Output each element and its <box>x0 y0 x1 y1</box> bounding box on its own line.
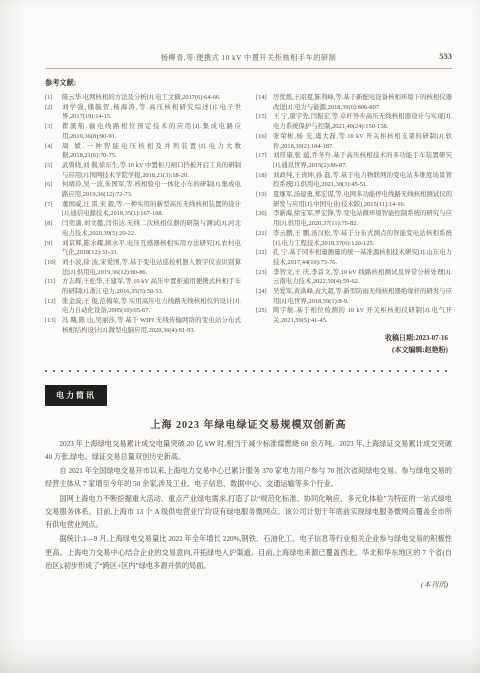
reference-item: [17]刘厚康,张 蕴,乔冬升.基于高压核相技术的多功能手车装置研究[J].通讯… <box>256 151 452 170</box>
reference-number: [11] <box>45 277 62 296</box>
reference-text: 李智文,王 庆,李首文,等.10 kV 线路核相测试及异常分析处理[J].云南电… <box>273 268 452 287</box>
reference-item: [10]刘小波,徐 波,宋爱国,等.基于变电站巡检机器人数字仪表识别算法[J].… <box>45 258 241 277</box>
reference-number: [13] <box>45 316 62 335</box>
reference-text: 厉优炼,王昭夏,陈利峰,等.基于新配电设备核相环境下的核相仪器改进[J].电力与… <box>273 93 452 112</box>
reference-text: 董国威,汪 雷,宋 毅,等.一种实用的新型高压无线核相装置的设计[J].通信电源… <box>62 200 241 219</box>
reference-number: [15] <box>256 112 273 131</box>
reference-number: [1] <box>45 93 62 103</box>
editor-note: (本文编辑:赵艳粉) <box>256 344 448 356</box>
reference-item: [6]何靖玲,吴一波,朱国军,等.核相验电一体化小车的研制[J].集成电路应用,… <box>45 180 241 199</box>
reference-item: [21]李云鹏,王 鹏,汤汉松,等.基于分布式测点的智能变电站核相系统[J].电… <box>256 229 452 248</box>
reference-item: [13]冯 飚,陈 山,吴丽莎,等.基于 WIFI 无线传输网络的变电站分布式核… <box>45 316 241 335</box>
reference-text: 王 宁,康宇先,闫振宏,等.卓杆异步高压无线核相器设计与实现[J].电力系统保护… <box>273 112 452 131</box>
reference-text: 张金波,王 俊,范梅荣,等.实用高压电力线路无线核相仪的设计[J].电力自动化设… <box>62 297 241 316</box>
reference-list: [14]厉优炼,王昭夏,陈利峰,等.基于新配电设备核相环境下的核相仪器改进[J]… <box>256 93 452 326</box>
reference-number: [22] <box>256 248 273 267</box>
news-paragraph: 自 2021 年全国绿电交易开市以来,上海电力交易中心已累计服务 370 家电力… <box>45 465 452 491</box>
reference-number: [20] <box>256 209 273 228</box>
reference-text: 张荣彬,杨 光,虞大磊,等.10 kV 开关柜核相支架的研制[J].软件,201… <box>273 132 452 151</box>
reference-number: [4] <box>45 142 62 161</box>
reference-text: 刘京辉,陈水耀,顾水平.电压互感器核相实用方法研究[J].农村电气化,2018(… <box>62 239 241 258</box>
reference-item: [5]武鲁晓,刘 侗,徐东生,等.10 kV 中置柜刀闸口挡板开启工具的研制与应… <box>45 161 241 180</box>
news-byline: (本刊讯) <box>45 579 452 590</box>
reference-number: [5] <box>45 161 62 180</box>
reference-number: [2] <box>45 103 62 122</box>
reference-text: 瞿溪船.输电线路相位预定技术的应用[J].集成电路应用,2019,36(8):9… <box>62 122 241 141</box>
reference-text: 吴爱军,黄洪峰,袁大超,等.新型防雨无线核相器绝缘杆的研发与应用[J].电世界,… <box>273 287 452 306</box>
reference-item: [20]李新海,徐宝军,罗宏锋,等.变电站微环境智能控制系统的研究与应用[J].… <box>256 209 452 228</box>
news-body: 2023 年上海绿电交易累计成交电量突破 20 亿 kW 时,相当于减少标准煤燃… <box>45 438 452 573</box>
news-paragraph: 国网上海电力不断挖掘重大活动、重点产业绿电需求,打造了以“规范化标准、协同化响应… <box>45 493 452 533</box>
reference-list: [1]陈云华.电网核相的方法及分析[J].电工文摘,2017(6):64-66.… <box>45 93 241 336</box>
references-left-column: [1]陈云华.电网核相的方法及分析[J].电工文摘,2017(6):64-66.… <box>45 93 241 356</box>
reference-number: [16] <box>256 132 273 151</box>
running-head: 杨柳青,等:便携式 10 kV 中置开关柜核相手车的研制 533 <box>45 53 452 69</box>
news-paragraph: 据统计,1—9 月,上海绿电交易量比 2022 年全年增长 220%,钢铁、石油… <box>45 533 452 573</box>
reference-item: [22]孔 宁.基于同步相量测量的统一基准源核相技术研究[J].山东电力技术,2… <box>256 248 452 267</box>
reference-item: [4]周 斌.一种智能电压核相及并列装置[J].电力大数据,2018,21(6)… <box>45 142 241 161</box>
reference-item: [11]方志辉,王松华,王建军,等.10 kV 高压中置柜通用便携式核相手车的研… <box>45 277 241 296</box>
reference-text: 李新海,徐宝军,罗宏锋,等.变电站微环境智能控制系统的研究与应用[J].供用电,… <box>273 209 452 228</box>
reference-number: [10] <box>45 258 62 277</box>
reference-number: [24] <box>256 287 273 306</box>
reference-text: 闫奕濡,刘文懿,闫伟达.无线二次核相仪器的研制与测试[J].河北电力技术,202… <box>62 219 241 238</box>
reference-item: [7]董国威,汪 雷,宋 毅,等.一种实用的新型高压无线核相装置的设计[J].通… <box>45 200 241 219</box>
reference-number: [21] <box>256 229 273 248</box>
reference-item: [8]闫奕濡,刘文懿,闫伟达.无线二次核相仪器的研制与测试[J].河北电力技术,… <box>45 219 241 238</box>
reference-item: [1]陈云华.电网核相的方法及分析[J].电工文摘,2017(6):64-66. <box>45 93 241 103</box>
reference-item: [3]瞿溪船.输电线路相位预定技术的应用[J].集成电路应用,2019,36(8… <box>45 122 241 141</box>
reference-item: [25]陶宇航.基于相位检测的 10 kV 开关柜核相仪研制[J].电气开关,2… <box>256 306 452 325</box>
references-right-column: [14]厉优炼,王昭夏,陈利峰,等.基于新配电设备核相环境下的核相仪器改进[J]… <box>256 93 452 356</box>
news-title: 上海 2023 年绿电绿证交易规模双创新高 <box>45 416 452 431</box>
reference-number: [18] <box>256 171 273 190</box>
reference-item: [2]刘学强,储毓贺,杨海涛,等.高压核相研究综述[J].电子世界,2017(1… <box>45 103 241 122</box>
reference-text: 李云鹏,王 鹏,汤汉松,等.基于分布式测点的智能变电站核相系统[J].电力工程技… <box>273 229 452 248</box>
reference-number: [7] <box>45 200 62 219</box>
received-date: 收稿日期:2023-07-16 <box>256 332 448 344</box>
reference-number: [3] <box>45 122 62 141</box>
reference-number: [17] <box>256 151 273 170</box>
reference-text: 陈云华.电网核相的方法及分析[J].电工文摘,2017(6):64-66. <box>62 93 241 103</box>
reference-text: 夏继军,汤建勇,郑宏谋,等.电网多功能停电线路无线核相测试仪的研发与应用[J].… <box>273 190 452 209</box>
reference-text: 冯 飚,陈 山,吴丽莎,等.基于 WIFI 无线传输网络的变电站分布式核相结构设… <box>62 316 241 335</box>
reference-text: 孔 宁.基于同步相量测量的统一基准源核相技术研究[J].山东电力技术,2017,… <box>273 248 452 267</box>
reference-text: 刘政纯,王贵坤,孙 磊,等.基于电力物联网的变电站多维度场景管控系统[J].供用… <box>273 171 452 190</box>
reference-text: 武鲁晓,刘 侗,徐东生,等.10 kV 中置柜刀闸口挡板开启工具的研制与应用[J… <box>62 161 241 180</box>
reference-text: 刘小波,徐 波,宋爱国,等.基于变电站巡检机器人数字仪表识别算法[J].供用电,… <box>62 258 241 277</box>
reference-number: [6] <box>45 180 62 199</box>
news-paragraph: 2023 年上海绿电交易累计成交电量突破 20 亿 kW 时,相当于减少标准煤燃… <box>45 438 452 464</box>
reference-number: [23] <box>256 268 273 287</box>
journal-page: 杨柳青,等:便携式 10 kV 中置开关柜核相手车的研制 533 参考文献: [… <box>0 0 480 673</box>
reference-item: [12]张金波,王 俊,范梅荣,等.实用高压电力线路无线核相仪的设计[J].电力… <box>45 297 241 316</box>
reference-text: 方志辉,王松华,王建军,等.10 kV 高压中置柜通用便携式核相手车的研制[J]… <box>62 277 241 296</box>
reference-text: 陶宇航.基于相位检测的 10 kV 开关柜核相仪研制[J].电气开关,2021,… <box>273 306 452 325</box>
reference-item: [23]李智文,王 庆,李首文,等.10 kV 线路核相测试及异常分析处理[J]… <box>256 268 452 287</box>
reference-item: [24]吴爱军,黄洪峰,袁大超,等.新型防雨无线核相器绝缘杆的研发与应用[J].… <box>256 287 452 306</box>
reference-number: [19] <box>256 190 273 209</box>
reference-item: [16]张荣彬,杨 光,虞大磊,等.10 kV 开关柜核相支架的研制[J].软件… <box>256 132 452 151</box>
reference-item: [14]厉优炼,王昭夏,陈利峰,等.基于新配电设备核相环境下的核相仪器改进[J]… <box>256 93 452 112</box>
received-block: 收稿日期:2023-07-16 (本文编辑:赵艳粉) <box>256 332 452 356</box>
running-title: 杨柳青,等:便携式 10 kV 中置开关柜核相手车的研制 <box>161 53 337 63</box>
references-columns: [1]陈云华.电网核相的方法及分析[J].电工文摘,2017(6):64-66.… <box>45 93 452 356</box>
reference-item: [18]刘政纯,王贵坤,孙 磊,等.基于电力物联网的变电站多维度场景管控系统[J… <box>256 171 452 190</box>
page-number: 533 <box>439 51 452 61</box>
reference-item: [9]刘京辉,陈水耀,顾水平.电压互感器核相实用方法研究[J].农村电气化,20… <box>45 239 241 258</box>
reference-number: [9] <box>45 239 62 258</box>
reference-text: 刘学强,储毓贺,杨海涛,等.高压核相研究综述[J].电子世界,2017(19):… <box>62 103 241 122</box>
news-section-badge: 电力简讯 <box>45 385 107 406</box>
reference-number: [14] <box>256 93 273 112</box>
reference-text: 刘厚康,张 蕴,乔冬升.基于高压核相技术的多功能手车装置研究[J].通讯世界,2… <box>273 151 452 170</box>
reference-text: 何靖玲,吴一波,朱国军,等.核相验电一体化小车的研制[J].集成电路应用,201… <box>62 180 241 199</box>
reference-text: 周 斌.一种智能电压核相及并列装置[J].电力大数据,2018,21(6):70… <box>62 142 241 161</box>
reference-number: [12] <box>45 297 62 316</box>
references-heading: 参考文献: <box>45 78 452 88</box>
reference-item: [15]王 宁,康宇先,闫振宏,等.卓杆异步高压无线核相器设计与实现[J].电力… <box>256 112 452 131</box>
reference-number: [8] <box>45 219 62 238</box>
reference-item: [19]夏继军,汤建勇,郑宏谋,等.电网多功能停电线路无线核相测试仪的研发与应用… <box>256 190 452 209</box>
dotted-separator <box>45 370 452 372</box>
reference-number: [25] <box>256 306 273 325</box>
